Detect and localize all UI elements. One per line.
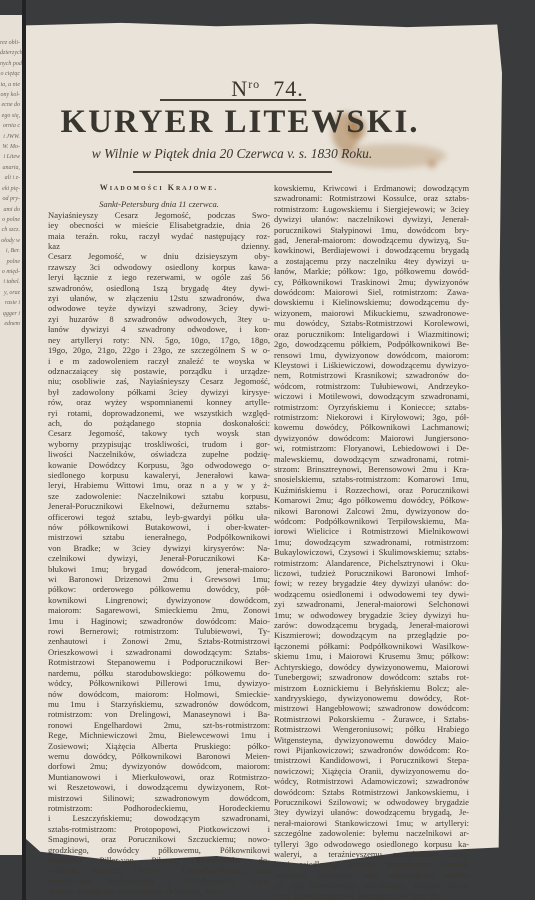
text-line: dowskiemu i Kielinowskiemu; dowodzącemu … — [274, 297, 469, 307]
text-line: rowi Pijankowiczowi; szwadronów dowódcom… — [274, 745, 469, 755]
text-line: mistrzowi Hangebłowowi; szwadronow dowód… — [274, 703, 469, 713]
text-line: Komarowi 2mu; 4go półkowemu dowódcy, Pół… — [274, 495, 469, 505]
text-line: Smaginowi, oraz Porucznikowi Szczuckiemu… — [48, 834, 270, 844]
page-spine-divider — [22, 0, 26, 900]
adjacent-text-line: ągger i — [0, 309, 22, 319]
text-line: rzawszy 3ci odwodowy osiedlony korpus ka… — [48, 262, 270, 272]
text-line: porucznikowi Stałypinowi 1mu, dowódcom b… — [274, 225, 469, 235]
adjacent-text-line: W. Mo- — [0, 142, 22, 152]
text-line: fowi; w rezey brygadzie 4tey dywizyi uła… — [274, 578, 469, 588]
text-line: rów, oraz wyżey wspomnianemi konney arty… — [48, 397, 270, 407]
text-line: i e m zadowoleniem raczył znaleźć te woy… — [48, 356, 270, 366]
text-line: błukowi 1mu; brygad dowódcom, jenerał-ma… — [48, 564, 270, 574]
text-line: i Leszczyńskiemu; dowodzącym szwadronami… — [48, 813, 270, 823]
text-line: iey obecności w mieście Elisabetgradzie,… — [48, 220, 270, 230]
text-line: wódcy, Rotmistrzowi Adamowiczowi; szwadr… — [274, 776, 469, 786]
text-line: Rotmistrzowi Wengeroniusowi; półku Hrabi… — [274, 724, 469, 734]
text-line: kowanie Dowódzcy Korpusu, 3go odwodowego… — [48, 460, 270, 470]
adjacent-text-line: anaria, — [0, 163, 22, 173]
adjacent-text-line: i Litew — [0, 152, 22, 162]
text-line: niu; osobliwie zaś, Nayiaśnieyszy Cesarz… — [48, 376, 270, 386]
text-line: rowi Bernerowi; rotmistrzom: Tulubiewowi… — [48, 626, 270, 636]
text-line: malewskiemu, dowodzącym szwadronami, rot… — [274, 454, 469, 464]
text-line: 2go, dowodzącemu półkiem, Podpółkownikow… — [274, 339, 469, 349]
text-line: sze zadowolenie: Naczelnikowi sztabu kor… — [48, 491, 270, 501]
text-line: Zosiewowi; Xiążęcia Alberta Pruskiego: p… — [48, 741, 270, 751]
text-line: kowemu dowódcy, Półkownikowi Lachmanowi; — [274, 422, 469, 432]
text-line: kowkinowi, Berdiajewowi i dowodzącemu br… — [274, 245, 469, 255]
text-line: półkow: orderowego półkowemu dowódcy, pó… — [48, 584, 270, 594]
adjacent-text-line: o międ- — [0, 267, 22, 277]
text-line: leryi, Jenerał-maiorowi Bartolomeiowi 2m… — [274, 891, 469, 900]
text-line: wi, rotmistrzom: Floryanowi, Lebiedowowi… — [274, 443, 469, 453]
adjacent-text-line: i, Ber. — [0, 246, 22, 256]
text-line: odwodowe teyże dywizyi szwadrony, 3ciey … — [48, 303, 270, 313]
masthead-title: KURYER LITEWSKI. — [40, 104, 440, 141]
adjacent-text-line: ornia c — [0, 121, 22, 131]
adjacent-text-line: polne — [0, 257, 22, 267]
text-line: nardemu, półku starodubowskiego: półkowe… — [48, 668, 270, 678]
text-line: rotmistrzom: Niekorowi i Kiryłowowi; 3go… — [274, 412, 469, 422]
article-column-left: Wiadomości Krajowe. Sankt-Petersburg dni… — [48, 183, 270, 897]
text-line: Muntianowowi i Mierkułowowi, oraz Rotmis… — [48, 772, 270, 782]
text-line: oraz porucznikom: Inteligardowi i Wiazmi… — [274, 329, 469, 339]
adjacent-text-line: ołody w — [0, 236, 22, 246]
text-line: zyi ułanów, w złączeniu 12stu szwadronów… — [48, 293, 270, 303]
text-line: nem, Rotmistrzowi Krasnikowi; szwadronów… — [274, 370, 469, 380]
adjacent-text-line: eki pię- — [0, 184, 22, 194]
text-line: Porucznikowi Szilowowi; w odwodowey bryg… — [274, 797, 469, 807]
text-line: Jenerał-Porucznikowi Ekelnowi, dežurnemu… — [48, 501, 270, 511]
text-line: kownikowi Lingrenowi; dywizyonow dowódco… — [48, 595, 270, 605]
adjacent-text-line: i JWW. — [0, 132, 22, 142]
text-line: skiemu 1mu, i Maiorowi Krusemu 3mu; półk… — [274, 651, 469, 661]
text-line: kowskiemu, Kriwcowi i Erdmanowi; dowodzą… — [274, 183, 469, 193]
adjacent-text-line: ali i z- — [0, 173, 22, 183]
text-line: waleryi, a teraźnieyszemu naczelnikowi a… — [274, 849, 469, 859]
text-line: szwadronami: Rotmistrzowi Kossulce, oraz… — [274, 193, 469, 203]
adjacent-text-line: od pry- — [0, 194, 22, 204]
text-line: 1mu; w odwodowey brygadzie 3ciey dywizyi… — [274, 610, 469, 620]
text-line: nikowi Baronowi Zalcowi 2mu, dywizyonow … — [274, 506, 469, 516]
text-line: rotmistrzom: Alandarence, Pichelsztrynow… — [274, 558, 469, 568]
text-line: sztabs-rotmistrzom: Protopopowi, Piotkow… — [48, 824, 270, 834]
text-line: 19go, 20go, 21go, 22go i 23go, ze szczeg… — [48, 345, 270, 355]
text-line: leryi, Hrabiemu Wittowi 1mu, oraz n a y … — [48, 480, 270, 490]
text-line: łanów, Markie; półkow: 1go, półkowemu do… — [274, 266, 469, 276]
article-body-left: Nayiaśnieyszy Cesarz Jegomość, podczas S… — [48, 210, 270, 897]
adjacent-text-line: nych pod — [0, 59, 22, 69]
issue-number-value: 74. — [273, 76, 304, 101]
text-line: zenhautowi i Zonowi 2mu, Sztabs-Rotmistr… — [48, 636, 270, 646]
text-line: grodzkiego, dowódcy półkowemu, Półkownik… — [48, 845, 270, 855]
text-line: rotmistrzom: Andreiowowi i Sztralbornowi… — [48, 876, 270, 886]
text-line: dorfowi 2mu; dywizyonów dowódcom, maioro… — [48, 761, 270, 771]
article-place-date: Sankt-Petersburg dnia 11 czerwca. — [48, 199, 270, 209]
masthead-dateline: w Wilnie w Piątek dnia 20 Czerwca v. s. … — [62, 146, 402, 162]
text-line: nów półkownikowi Butakowowi, i ober-kwat… — [48, 522, 270, 532]
adjacent-text-line: rasie i — [0, 298, 22, 308]
text-line: maia teraźn. roku, raczył wydać następuj… — [48, 231, 270, 241]
text-line: szczególne zadowolenie: byłemu naczelnik… — [274, 828, 469, 838]
text-line: dronów dowódcom, rotmistrzom: Orłowowi, … — [48, 886, 270, 896]
text-line: siedlonego korpusu kawaleryi, Jenerałowi… — [48, 470, 270, 480]
text-line: zarów: dowodzącemu brygadą, Jenerał-maio… — [274, 620, 469, 630]
text-line: Kleystowi i Liśkiewiczowi, dowodzącemu d… — [274, 360, 469, 370]
text-line: rotmistrzom: Podhorodeckiemu, Horodeckie… — [48, 803, 270, 813]
text-line: łanów dywizyi 4 szwadrony odwodowe, i ko… — [48, 324, 270, 334]
text-line: wi Reszetowowi, i dowodzącemu dywizyonem… — [48, 782, 270, 792]
text-line: mu dowódcy, Sztabs-Rotmistrzowi Korolewo… — [274, 318, 469, 328]
adjacent-text-line: ami do — [0, 205, 22, 215]
text-line: tylleryi 3go odwodowego osiedlonego korp… — [274, 839, 469, 849]
text-line: leryi osiedlonego korpusu grenadyerów, J… — [274, 859, 469, 869]
adjacent-text-line: y, oraz — [0, 288, 22, 298]
text-line: Baronowi Piller-von Pilszan; dywizyonów … — [48, 855, 270, 865]
text-line: Kuźmińskiemu i Rozzechowi, oraz Poruczni… — [274, 485, 469, 495]
adjacent-text-line: ego się, — [0, 111, 22, 121]
adjacent-text-line: dzierzych — [0, 48, 22, 58]
text-line: zyi huzarów 8 szwadronów odwodowych, 3te… — [48, 314, 270, 324]
article-column-right: kowskiemu, Kriwcowi i Erdmanowi; dowodzą… — [274, 183, 469, 900]
text-line: Bukaylowiczowi, Czysowi i Skulimowskiemu… — [274, 547, 469, 557]
text-line: wizyonem, maiorowi Mikuckiemu, szwadrono… — [274, 308, 469, 318]
text-line: dywizyonów dowódcom: Maiorowi Jungierson… — [274, 433, 469, 443]
text-line: łączonemi półkami: Podpółkownikowi Wasil… — [274, 641, 469, 651]
text-line: wódcom: Podpółkownikowi Terpiłowskiemu, … — [274, 516, 469, 526]
water-stain — [428, 160, 436, 168]
text-line: maiorowi Herbelowi 1mu, naczelnikowi art… — [274, 870, 469, 880]
text-line: maiorom: Sagarewowi, Smieckiemu 2mu, Zon… — [48, 605, 270, 615]
text-line: ach, do pożądanego stopnia doskonałości: — [48, 418, 270, 428]
header-rule-bottom — [133, 171, 332, 173]
text-line: mistrzom Łoznickiemu i Bełyńskiemu Bolcz… — [274, 683, 469, 693]
text-line: dowódcom: Sztabs Rotmistrzowi Jankowskie… — [274, 787, 469, 797]
text-line: czelnikowi dywizyi, Jenerał-Porucznikowi… — [48, 553, 270, 563]
text-line: nerał-maiorowi Stankowiczowi 1mu; w arty… — [274, 818, 469, 828]
text-line: Achtyrskiego, dowódcy dywizyonowemu, Mai… — [274, 662, 469, 672]
text-line: liwości Naczelników, oświadcza zupełne p… — [48, 449, 270, 459]
text-line: nowiczowi; Xiążęcia Oranii, dywizyonowem… — [274, 766, 469, 776]
text-line: Witgensteyna, dywizyonowemu dowódcy Maio… — [274, 735, 469, 745]
text-line: rotmistrzom: Oyrzyńskiemu i Koniecce; sz… — [274, 402, 469, 412]
text-line: wodzącemu osiedlonemi i odwodowemi tey d… — [274, 589, 469, 599]
adjacent-text-line: i tabel. — [0, 277, 22, 287]
text-line: wyborny przypisując troskliwości, trudom… — [48, 439, 270, 449]
text-line: gad, Jenerał-maiorom: dowodzącemu dywizy… — [274, 235, 469, 245]
text-line: rotmistrzom: Ługowskiemu i Siergiejewowi… — [274, 204, 469, 214]
text-line: dywizyi ułanów: naczelnikowi dywizyi, Je… — [274, 214, 469, 224]
text-line: snosielskiemu, sztabs-rotmistrzom: Komar… — [274, 474, 469, 484]
text-line: 1mu; dowodzącym szwadronami, rotmistrzom… — [274, 537, 469, 547]
text-line: rotmistrzom: von Drelingowi, Manaseynowi… — [48, 709, 270, 719]
text-line: 1mu i Haginowi; szwadronów dowódcom: Mai… — [48, 616, 270, 626]
issue-number-prefix: N — [231, 76, 248, 101]
text-line: Nayiaśnieyszy Cesarz Jegomość, podczas S… — [48, 210, 270, 220]
text-line: a zostającemu przy naczelniku 4tey dywiz… — [274, 256, 469, 266]
text-line: officerowi tegoż sztabu, leyb-gwardyi pó… — [48, 512, 270, 522]
adjacent-text-line: o polne — [0, 215, 22, 225]
text-line: Tunebergowi; szwadronow dowódcom: sztabs… — [274, 672, 469, 682]
text-line: strzom: Brinsztreynowi, Berensowowi 2mu … — [274, 464, 469, 474]
text-line: cy, Półkownikowi Traskinowi 2mu; dywizyo… — [274, 277, 469, 287]
text-line: ney artylleryi roty: NN. 5go, 10go, 17go… — [48, 335, 270, 345]
text-line: szwadronów, osiedloną 1szą brygadę 4tey … — [48, 283, 270, 293]
section-heading: Wiadomości Krajowe. — [48, 183, 270, 193]
text-line: Rotmistrzowi Stepanowemu i Podporuczniko… — [48, 657, 270, 667]
text-line: ronowi Engelhardowi 2mu, szt-bs-rotmistr… — [48, 720, 270, 730]
text-line: Cesarz Jegomość, takowy tych woysk stan — [48, 428, 270, 438]
article-body-right: kowskiemu, Kriwcowi i Erdmanowi; dowodzą… — [274, 183, 469, 900]
header-rule-top — [160, 99, 306, 101]
adjacent-text-line: ch szcz. — [0, 225, 22, 235]
text-line: wemu dowódcy, Półkownikowi Baronowi Meie… — [48, 751, 270, 761]
text-line: mistrzowi sztabu ienerałnego, Podpółkown… — [48, 532, 270, 542]
text-line: Rotmistrzowi Pokorskiemu - Żurawce, i Sz… — [274, 714, 469, 724]
text-line: wi Baronowi Drizenowi 2mu i Grewsowi 1mu… — [48, 574, 270, 584]
text-line: wódcy, Półkownikowi Pillerowi 1mu, dywiz… — [48, 678, 270, 688]
issue-number-suffix: ro — [248, 77, 260, 91]
text-line: odznaczaiącey się postawie, porządku i u… — [48, 366, 270, 376]
text-line: wódcom, maiorom: Dicowi i Gniezdowskiemu… — [48, 865, 270, 875]
text-line: był zadowolony półkami 3ciey dywizyi kir… — [48, 387, 270, 397]
text-line: tmistrzowi Kandidowowi, i Porucznikowi S… — [274, 755, 469, 765]
text-line: ryi rotami, doprowadzonemi, we wszystkic… — [48, 408, 270, 418]
text-line: rensowi 1mu, dywizyonow dowódcom, maioro… — [274, 350, 469, 360]
text-line: Orieszkowowi i szwadronami dowodzącym: S… — [48, 647, 270, 657]
text-line: iorowi Wielicice i Rotmistrzowi Mielniko… — [274, 526, 469, 536]
text-line: 3tey dywizyi ułanów: dowodzącemu brygadą… — [274, 807, 469, 817]
text-line: nów dowódcom, maiorom: Holmowi, Smieckie… — [48, 689, 270, 699]
adjacent-text-line: ednem — [0, 319, 22, 329]
text-line: xandryyskiego, dywizyonowemu dowódcy, Ro… — [274, 693, 469, 703]
text-line: wiczowi i Motilewowi, dowodzącym szwadro… — [274, 391, 469, 401]
text-line: von Bradke; w 3ciey dywizyi kirysyerów: … — [48, 543, 270, 553]
text-line: Rege, Michniewiczowi 2mu, Bielewcewowi 1… — [48, 730, 270, 740]
text-line: Cesarz Jegomość, w dniu dzisieyszym oby- — [48, 251, 270, 261]
text-line: wódcom, rotmistrzom: Tułubiewowi, Andrze… — [274, 381, 469, 391]
text-line: leryi łącznie z iego rezerwami, w ogóle … — [48, 272, 270, 282]
text-line: Kiszmierowi; dowodzącym na przeglądzie p… — [274, 630, 469, 640]
text-line: dowódcom: Maiorowi Siel, rotmistrzom: Za… — [274, 287, 469, 297]
text-line: ryi 3go odwodowego osiedlonego korpusu k… — [274, 880, 469, 890]
text-line: mu 1mu i Starzyńskiemu, szwadronów dowód… — [48, 699, 270, 709]
text-line: zyi szwadronami, Jenerał-maiorowi Selcho… — [274, 599, 469, 609]
text-line: liczowi, tudzież Porucznikowi Baronowi I… — [274, 568, 469, 578]
adjacent-text-line: rez obli- — [0, 38, 22, 48]
text-line: mistrzowi Silinowi; szwadronowym dowódco… — [48, 793, 270, 803]
text-line: kaz dzienny. — [48, 241, 270, 251]
